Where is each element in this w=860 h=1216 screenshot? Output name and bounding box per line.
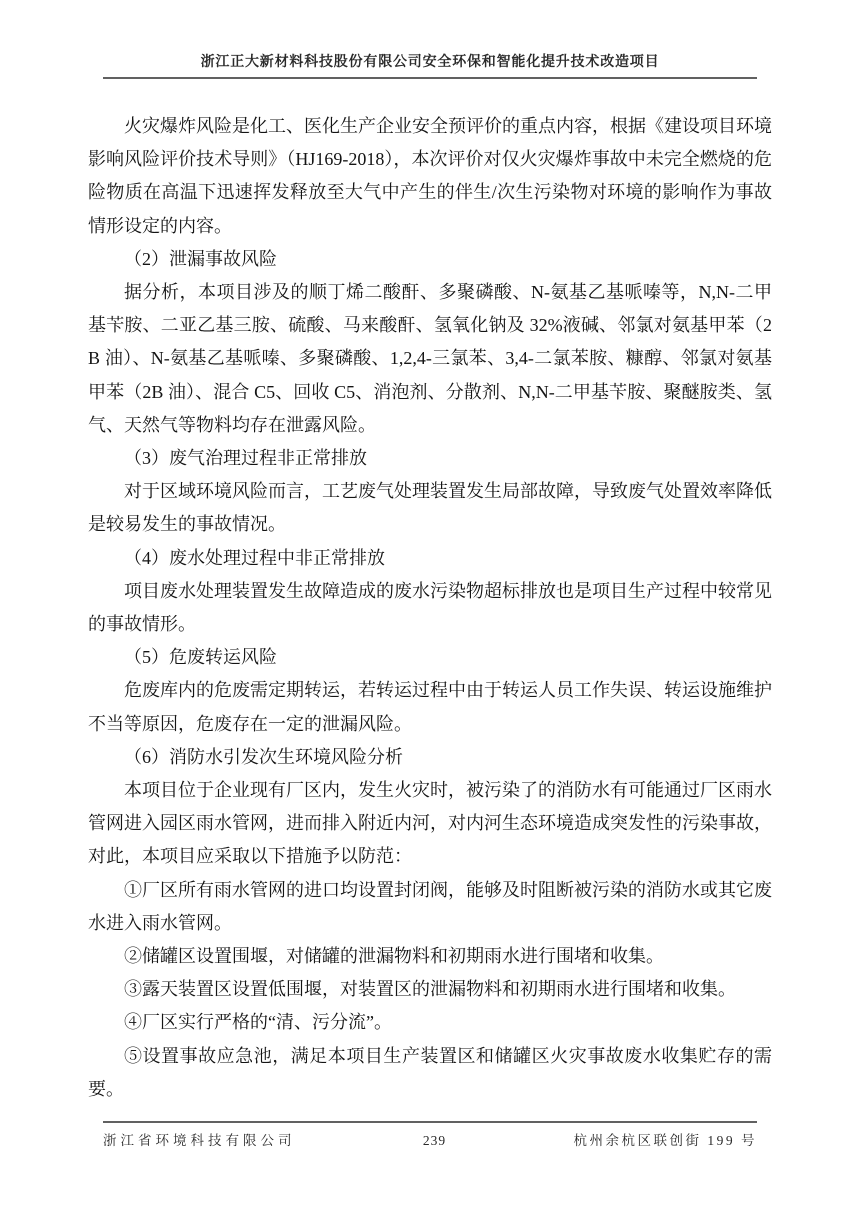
document-page: 浙江正大新材料科技股份有限公司安全环保和智能化提升技术改造项目 火灾爆炸风险是化… [0,0,860,1216]
paragraph: ①厂区所有雨水管网的进口均设置封闭阀，能够及时阻断被污染的消防水或其它废水进入雨… [88,874,772,940]
paragraph: （2）泄漏事故风险 [88,243,772,276]
paragraph: ③露天装置区设置低围堰，对装置区的泄漏物料和初期雨水进行围堵和收集。 [88,973,772,1006]
paragraph: ⑤设置事故应急池，满足本项目生产装置区和储罐区火灾事故废水收集贮存的需要。 [88,1040,772,1106]
footer-page-number: 239 [423,1133,446,1149]
paragraph: 火灾爆炸风险是化工、医化生产企业安全预评价的重点内容，根据《建设项目环境影响风险… [88,110,772,243]
paragraph: （5）危废转运风险 [88,641,772,674]
paragraph: 对于区域环境风险而言，工艺废气处理装置发生局部故障，导致废气处置效率降低是较易发… [88,475,772,541]
paragraph: 危废库内的危废需定期转运，若转运过程中由于转运人员工作失误、转运设施维护不当等原… [88,674,772,740]
paragraph: 项目废水处理装置发生故障造成的废水污染物超标排放也是项目生产过程中较常见的事故情… [88,575,772,641]
document-body: 火灾爆炸风险是化工、医化生产企业安全预评价的重点内容，根据《建设项目环境影响风险… [88,110,772,1106]
paragraph: （4）废水处理过程中非正常排放 [88,542,772,575]
footer-company-name: 浙江省环境科技有限公司 [103,1129,296,1149]
page-footer: 浙江省环境科技有限公司 239 杭州余杭区联创街 199 号 [103,1129,757,1149]
footer-rule-divider [103,1121,757,1123]
paragraph: 据分析，本项目涉及的顺丁烯二酸酐、多聚磷酸、N-氨基乙基哌嗪等，N,N-二甲基苄… [88,276,772,442]
paragraph: ②储罐区设置围堰，对储罐的泄漏物料和初期雨水进行围堵和收集。 [88,940,772,973]
header-rule-divider [103,77,757,79]
footer-address: 杭州余杭区联创街 199 号 [574,1129,758,1149]
paragraph: 本项目位于企业现有厂区内，发生火灾时，被污染了的消防水有可能通过厂区雨水管网进入… [88,774,772,874]
paragraph: （6）消防水引发次生环境风险分析 [88,741,772,774]
paragraph: ④厂区实行严格的“清、污分流”。 [88,1006,772,1039]
paragraph: （3）废气治理过程非正常排放 [88,442,772,475]
page-header-title: 浙江正大新材料科技股份有限公司安全环保和智能化提升技术改造项目 [0,51,860,71]
